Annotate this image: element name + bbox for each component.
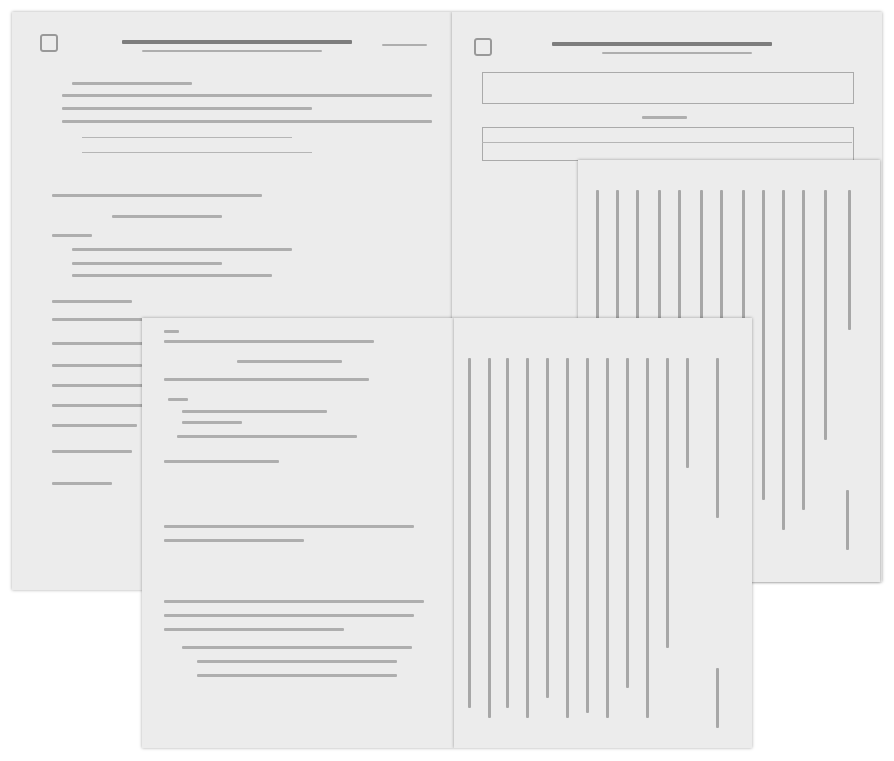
- sheet-title: [552, 42, 772, 46]
- passage-title: [848, 190, 851, 330]
- sheet-title: [122, 40, 352, 44]
- name-field-box: [482, 72, 854, 104]
- sheet-subtitle: [602, 52, 752, 54]
- school-emblem-icon: [474, 38, 492, 56]
- school-emblem-icon: [40, 34, 58, 52]
- passage-sheet-bottom-right: [454, 318, 752, 748]
- passage-title: [716, 358, 719, 518]
- header-note: [382, 44, 427, 46]
- answer-table: [482, 127, 854, 161]
- exam-sheet-bottom-left: [142, 318, 454, 748]
- sheet-subtitle: [142, 50, 322, 52]
- section-title: [164, 340, 374, 343]
- table-heading: [642, 116, 687, 119]
